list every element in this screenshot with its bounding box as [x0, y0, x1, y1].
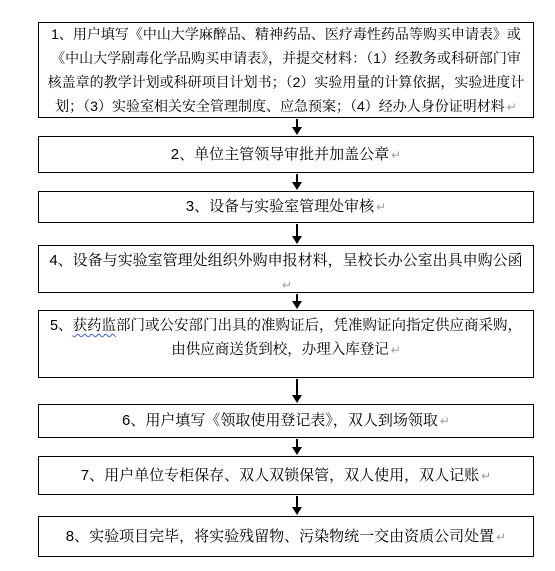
arrow-down-connector [291, 294, 303, 309]
arrow-head-icon [292, 127, 302, 135]
line-break-mark: ↵ [507, 100, 517, 114]
flow-step-7-text: 7、用户单位专柜保存、双人双锁保管，双人使用，双人记账↵ [47, 464, 525, 488]
flow-step-1-box: 1、用户填写《中山大学麻醉品、精神药品、医疗毒性药品等购买申请表》或《中山大学剧… [38, 22, 534, 118]
arrow-head-icon [292, 507, 302, 515]
flow-step-7-box: 7、用户单位专柜保存、双人双锁保管，双人使用，双人记账↵ [38, 456, 534, 495]
arrow-down-connector [291, 496, 303, 515]
flow-step-1-text: 1、用户填写《中山大学麻醉品、精神药品、医疗毒性药品等购买申请表》或《中山大学剧… [47, 22, 525, 119]
step-text: 部门或公安部门出具的准购证后，凭准购证向指定供应商采购，由供应商送货到校，办理入… [116, 318, 522, 358]
step-text: 5、 [50, 318, 73, 334]
flow-step-4-text: 4、设备与实验室管理处组织外购申报材料，呈校长办公室出具申购公函↵ [47, 249, 525, 297]
arrow-down-connector [291, 379, 303, 403]
flow-step-4-box: 4、设备与实验室管理处组织外购申报材料，呈校长办公室出具申购公函↵ [38, 245, 534, 293]
flow-step-6-text: 6、用户填写《领取使用登记表》，双人到场领取↵ [47, 409, 525, 433]
line-break-mark: ↵ [376, 200, 386, 214]
step-text: 3、设备与实验室管理处审核 [186, 198, 374, 215]
arrow-down-connector [291, 174, 303, 190]
step-text: 7、用户单位专柜保存、双人双锁保管，双人使用，双人记账 [81, 467, 479, 484]
step-text: 8、实验项目完毕，将实验残留物、污染物统一交由资质公司处置 [66, 528, 494, 545]
line-break-mark: ↵ [282, 278, 292, 292]
flow-step-6-box: 6、用户填写《领取使用登记表》，双人到场领取↵ [38, 404, 534, 438]
flow-step-3-box: 3、设备与实验室管理处审核↵ [38, 191, 534, 223]
arrow-head-icon [292, 236, 302, 244]
line-break-mark: ↵ [481, 469, 491, 483]
flow-step-8-box: 8、实验项目完毕，将实验残留物、污染物统一交由资质公司处置↵ [38, 516, 534, 557]
flow-step-8-text: 8、实验项目完毕，将实验残留物、污染物统一交由资质公司处置↵ [47, 525, 525, 549]
arrow-head-icon [292, 301, 302, 309]
flow-step-2-text: 2、单位主管领导审批并加盖公章↵ [47, 143, 525, 167]
line-break-mark: ↵ [391, 343, 401, 357]
line-break-mark: ↵ [391, 148, 401, 162]
arrow-down-connector [291, 439, 303, 455]
flow-step-5-box: 5、获药监部门或公安部门出具的准购证后，凭准购证向指定供应商采购，由供应商送货到… [38, 310, 534, 378]
step-text: 2、单位主管领导审批并加盖公章 [171, 146, 389, 163]
purchase-approval-flowchart: 1、用户填写《中山大学麻醉品、精神药品、医疗毒性药品等购买申请表》或《中山大学剧… [0, 0, 555, 571]
step-text: 6、用户填写《领取使用登记表》，双人到场领取 [122, 412, 438, 429]
step-text: 4、设备与实验室管理处组织外购申报材料，呈校长办公室出具申购公函 [49, 252, 522, 269]
arrow-down-connector [291, 119, 303, 135]
flow-step-5-text: 5、获药监部门或公安部门出具的准购证后，凭准购证向指定供应商采购，由供应商送货到… [47, 314, 525, 362]
spellcheck-flagged-text: 获药监 [73, 318, 117, 334]
step-text: 1、用户填写《中山大学麻醉品、精神药品、医疗毒性药品等购买申请表》或《中山大学剧… [48, 26, 525, 114]
line-break-mark: ↵ [440, 414, 450, 428]
flow-step-3-text: 3、设备与实验室管理处审核↵ [47, 195, 525, 219]
arrow-head-icon [292, 395, 302, 403]
arrow-head-icon [292, 182, 302, 190]
arrow-down-connector [291, 224, 303, 244]
line-break-mark: ↵ [496, 530, 506, 544]
flow-step-2-box: 2、单位主管领导审批并加盖公章↵ [38, 136, 534, 173]
arrow-head-icon [292, 447, 302, 455]
